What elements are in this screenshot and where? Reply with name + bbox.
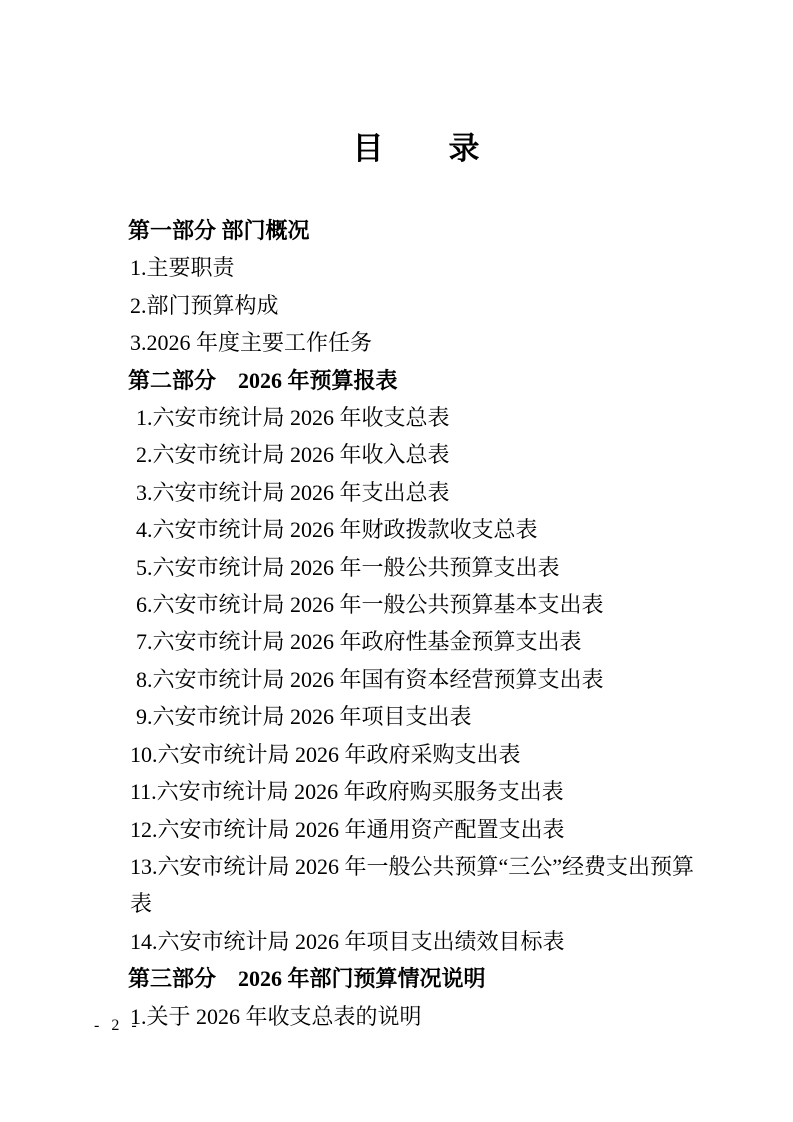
toc-part1-item-2: 2.部门预算构成 xyxy=(128,287,707,324)
toc-part2-item-5: 5.六安市统计局 2026 年一般公共预算支出表 xyxy=(128,549,707,586)
toc-part2-heading: 第二部分 2026 年预算报表 xyxy=(128,362,707,399)
toc-part1-item-1: 1.主要职责 xyxy=(128,249,707,286)
toc-part1-item-3: 3.2026 年度主要工作任务 xyxy=(128,324,707,361)
page-number: - 2 - xyxy=(94,1017,141,1035)
toc-part2-item-13: 13.六安市统计局 2026 年一般公共预算“三公”经费支出预算表 xyxy=(128,848,707,923)
toc-part2-item-9: 9.六安市统计局 2026 年项目支出表 xyxy=(128,698,707,735)
toc-part2-item-6: 6.六安市统计局 2026 年一般公共预算基本支出表 xyxy=(128,586,707,623)
toc-part2-item-10: 10.六安市统计局 2026 年政府采购支出表 xyxy=(128,736,707,773)
toc-part2-item-11: 11.六安市统计局 2026 年政府购买服务支出表 xyxy=(128,773,707,810)
document-page: 目 录 第一部分 部门概况 1.主要职责 2.部门预算构成 3.2026 年度主… xyxy=(0,0,793,1122)
toc-part2-item-7: 7.六安市统计局 2026 年政府性基金预算支出表 xyxy=(128,623,707,660)
toc-part2-item-8: 8.六安市统计局 2026 年国有资本经营预算支出表 xyxy=(128,661,707,698)
toc-part2-item-14: 14.六安市统计局 2026 年项目支出绩效目标表 xyxy=(128,923,707,960)
toc-part1-heading: 第一部分 部门概况 xyxy=(128,212,707,249)
toc-part3-item-1: 1.关于 2026 年收支总表的说明 xyxy=(128,998,707,1035)
toc-part2-item-4: 4.六安市统计局 2026 年财政拨款收支总表 xyxy=(128,511,707,548)
toc-part2-item-12: 12.六安市统计局 2026 年通用资产配置支出表 xyxy=(128,811,707,848)
toc-part2-item-3: 3.六安市统计局 2026 年支出总表 xyxy=(128,474,707,511)
toc-part3-heading: 第三部分 2026 年部门预算情况说明 xyxy=(128,960,707,997)
toc-part2-item-1: 1.六安市统计局 2026 年收支总表 xyxy=(128,399,707,436)
table-of-contents: 第一部分 部门概况 1.主要职责 2.部门预算构成 3.2026 年度主要工作任… xyxy=(128,212,707,1035)
page-title: 目 录 xyxy=(128,130,705,168)
toc-part2-item-2: 2.六安市统计局 2026 年收入总表 xyxy=(128,436,707,473)
